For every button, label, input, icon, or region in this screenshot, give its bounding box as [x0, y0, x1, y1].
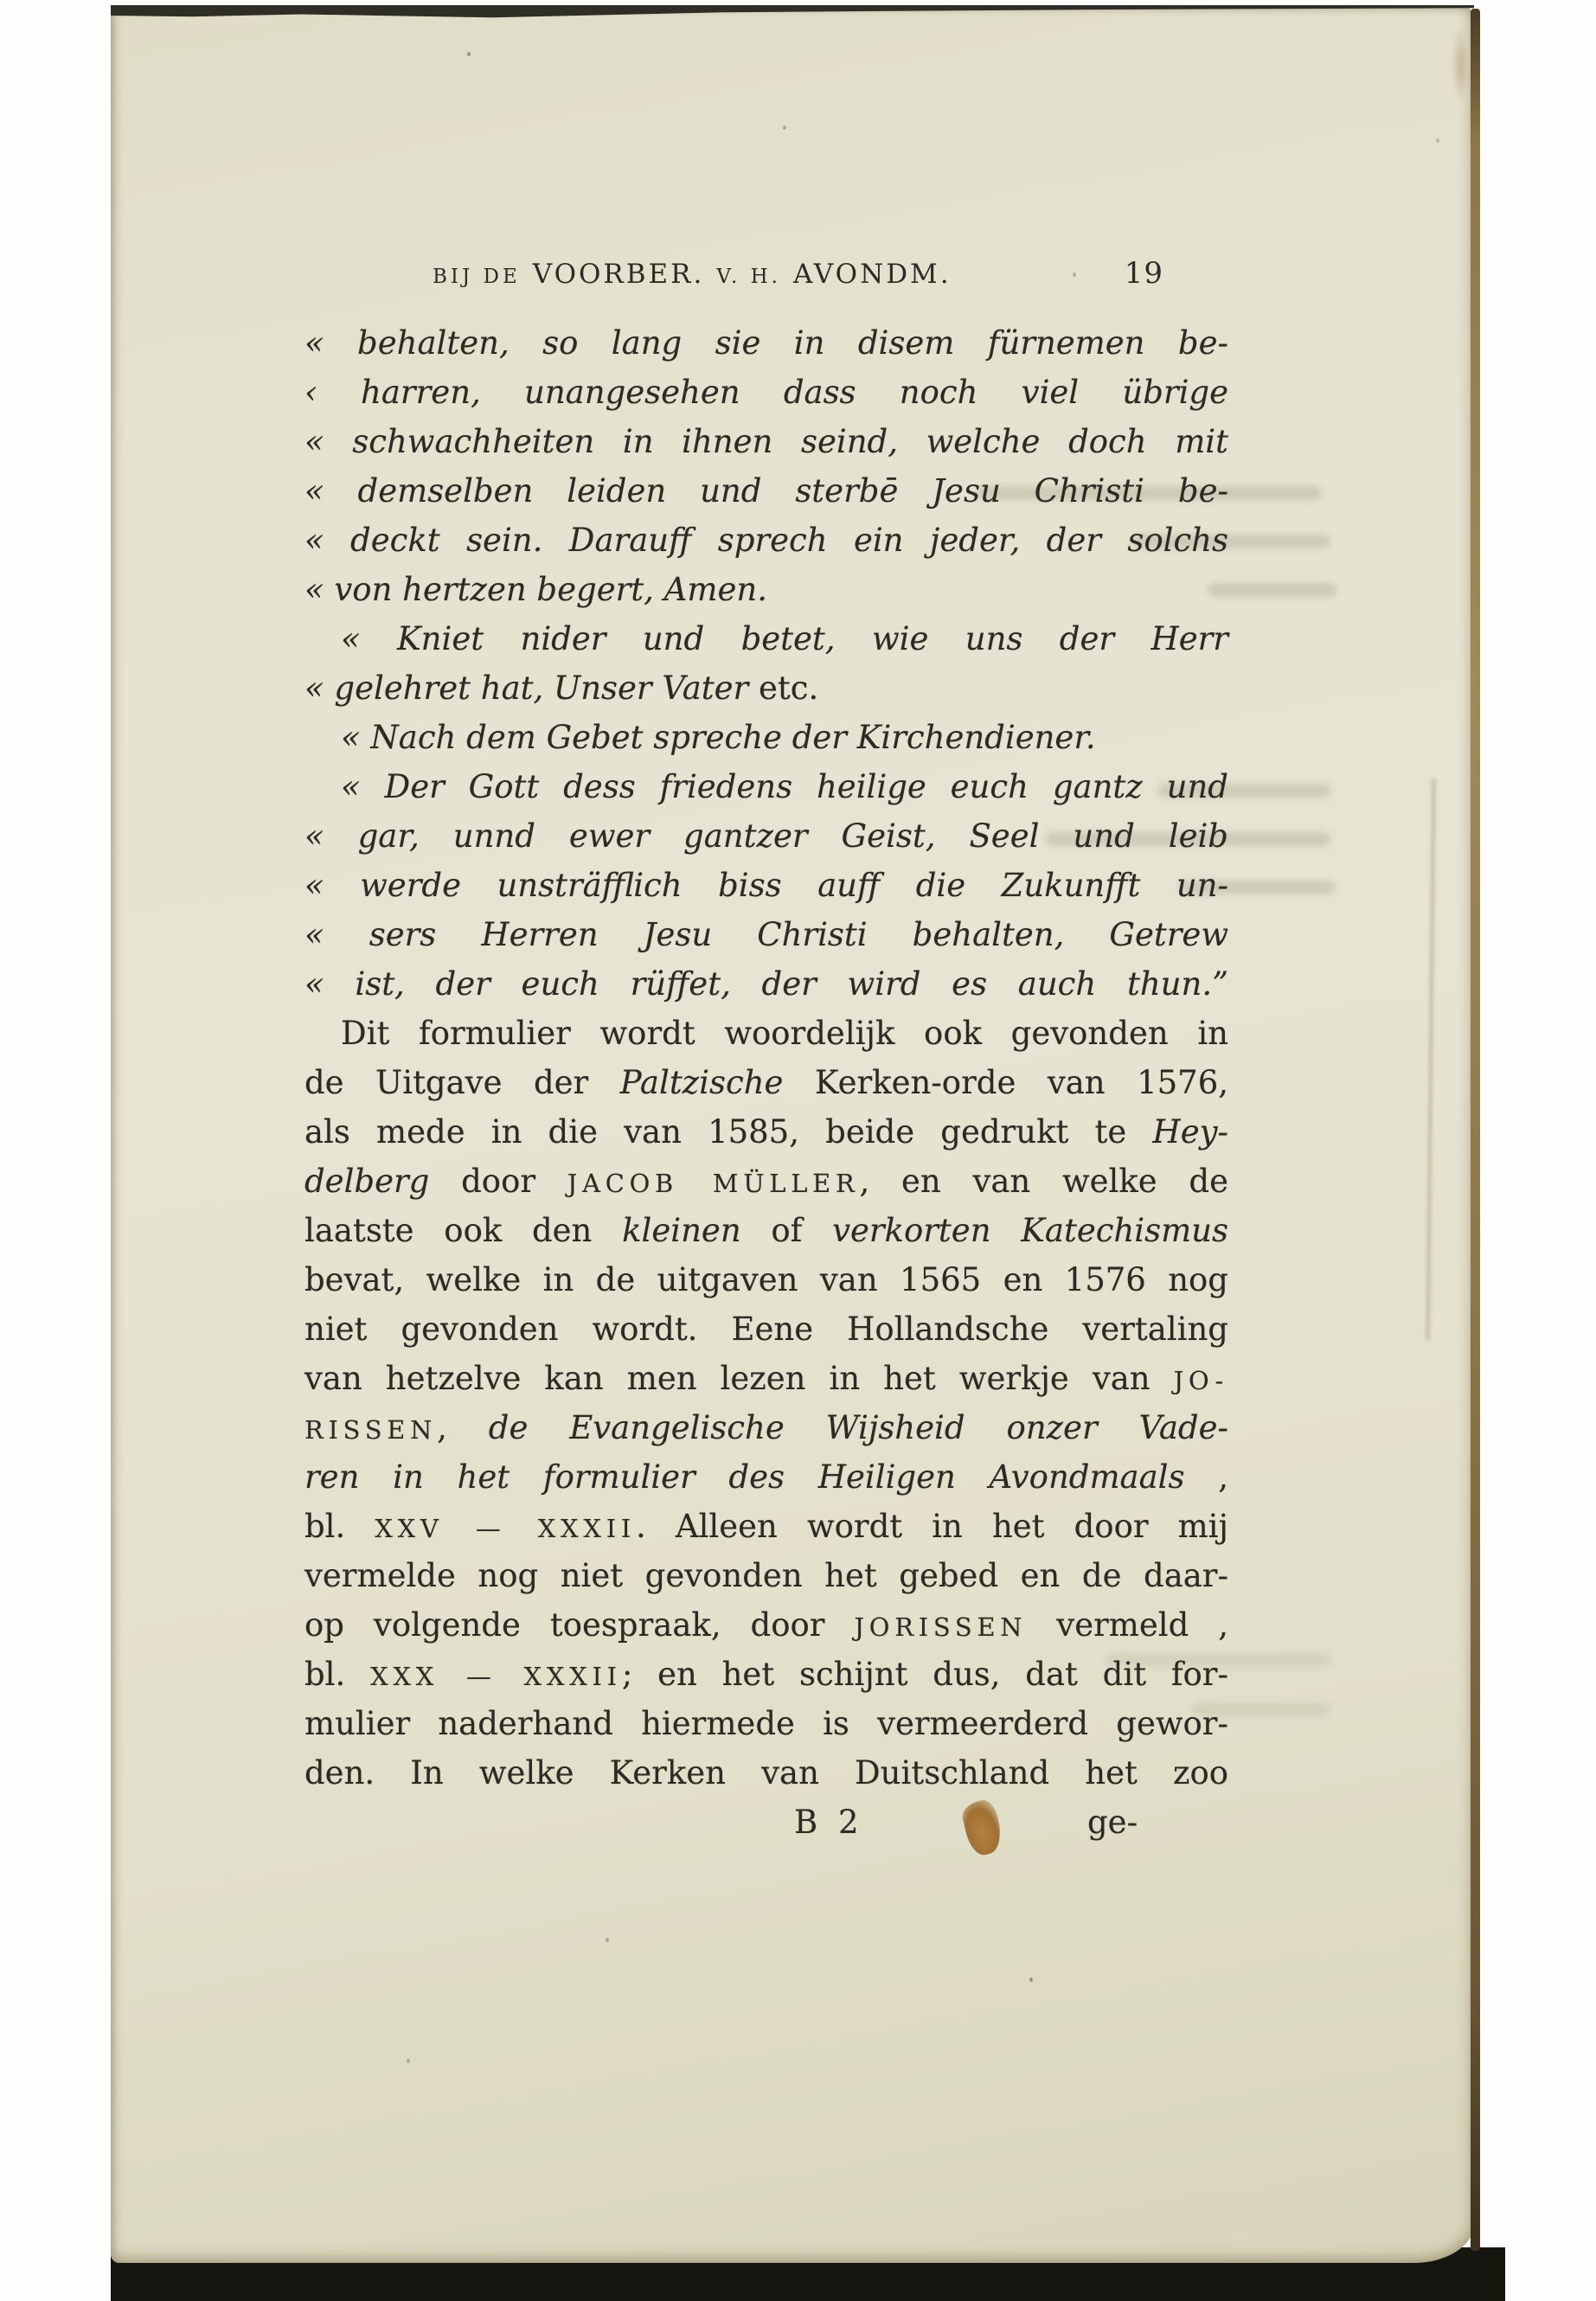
text-segment: « von hertzen begert, Amen. — [304, 571, 767, 608]
text-segment: « werde unsträfflich biss auff die Zukun… — [304, 867, 1228, 904]
text-line: Dit formulier wordt woordelijk ook gevon… — [304, 1009, 1228, 1058]
text-segment: door — [461, 1163, 567, 1200]
text-line: delberg door JACOB MÜLLER, en van welke … — [304, 1157, 1228, 1206]
text-line: ‹ harren, unangesehen dass noch viel übr… — [304, 368, 1228, 417]
text-segment: of — [771, 1212, 832, 1249]
page-number: 19 — [1125, 256, 1163, 291]
text-segment: verkorten Katechismus — [832, 1212, 1228, 1249]
text-segment: « schwachheiten in ihnen seind, welche d… — [304, 423, 1228, 460]
text-segment: niet gevonden wordt. Eene Hollandsche ve… — [304, 1311, 1228, 1348]
text-line: den. In welke Kerken van Duitschland het… — [304, 1748, 1228, 1798]
text-segment: de Uitgave der — [304, 1064, 620, 1101]
text-line: bl. XXV — XXXII. Alleen wordt in het doo… — [304, 1502, 1228, 1551]
text-line: « Der Gott dess friedens heilige euch ga… — [304, 762, 1228, 811]
text-segment: « Kniet nider und betet, wie uns der Her… — [341, 620, 1228, 657]
text-segment: laatste ook den — [304, 1212, 622, 1249]
text-segment: RISSEN — [304, 1415, 437, 1445]
text-line: « gar, unnd ewer gantzer Geist, Seel und… — [304, 811, 1228, 861]
text-segment: XXV — XXXII — [375, 1514, 636, 1543]
text-segment: ; en het schijnt dus, dat dit for- — [622, 1656, 1228, 1693]
text-line: mulier naderhand hiermede is vermeerderd… — [304, 1699, 1228, 1748]
scanned-page-photo: BIJ DE VOORBER. V. H. AVONDM. 19 « behal… — [0, 0, 1596, 2301]
text-segment: « Nach dem Gebet spreche der Kirchendien… — [341, 719, 1096, 756]
text-line: « von hertzen begert, Amen. — [304, 565, 1228, 614]
text-line: van hetzelve kan men lezen in het werkje… — [304, 1354, 1228, 1403]
text-segment: JO- — [1174, 1366, 1228, 1395]
text-line: « behalten, so lang sie in disem fürneme… — [304, 318, 1228, 368]
text-line: op volgende toespraak, door JORISSEN ver… — [304, 1600, 1228, 1650]
text-block: « behalten, so lang sie in disem fürneme… — [304, 318, 1228, 1798]
text-segment: , — [437, 1409, 489, 1446]
text-segment: JACOB MÜLLER — [567, 1169, 860, 1198]
corner-smudge — [1452, 26, 1469, 104]
text-segment: de Evangelische Wijsheid onzer Vade- — [489, 1409, 1228, 1446]
text-segment: , — [1184, 1458, 1228, 1496]
text-segment: op volgende toespraak, door — [304, 1606, 854, 1644]
text-line: bl. XXX — XXXII; en het schijnt dus, dat… — [304, 1650, 1228, 1699]
text-segment: « ist, der euch rüffet, der wird es auch… — [304, 965, 1228, 1003]
text-segment: . Alleen wordt in het door mij — [636, 1508, 1228, 1545]
text-segment: den. In welke Kerken van Duitschland het… — [304, 1754, 1228, 1791]
text-line: RISSEN, de Evangelische Wijsheid onzer V… — [304, 1403, 1228, 1452]
text-line: « sers Herren Jesu Christi behalten, Get… — [304, 910, 1228, 959]
text-segment: JORISSEN — [854, 1612, 1027, 1642]
text-segment: bevat, welke in de uitgaven van 1565 en … — [304, 1261, 1228, 1298]
text-segment: mulier naderhand hiermede is vermeerderd… — [304, 1705, 1228, 1742]
text-segment: Hey- — [1152, 1113, 1228, 1150]
text-segment: etc. — [759, 670, 818, 707]
text-segment: Dit formulier wordt woordelijk ook gevon… — [341, 1015, 1228, 1052]
running-title-part: BIJ DE — [433, 266, 521, 288]
catchword: ge- — [1087, 1798, 1138, 1847]
page-fore-edge — [1471, 9, 1480, 2251]
running-header: BIJ DE VOORBER. V. H. AVONDM. 19 — [433, 256, 1163, 294]
text-line: laatste ook den kleinen of verkorten Kat… — [304, 1206, 1228, 1255]
text-segment: « Der Gott dess friedens heilige euch ga… — [341, 768, 1228, 805]
text-line: ren in het formulier des Heiligen Avondm… — [304, 1452, 1228, 1502]
text-line: « demselben leiden und sterbē Jesu Chris… — [304, 466, 1228, 516]
text-segment: , en van welke de — [860, 1163, 1228, 1200]
running-title-part: V. H. — [716, 266, 781, 288]
text-line: « werde unsträfflich biss auff die Zukun… — [304, 861, 1228, 910]
text-line: vermelde nog niet gevonden het gebed en … — [304, 1551, 1228, 1600]
text-segment: bl. — [304, 1656, 370, 1693]
text-segment: Kerken-orde van 1576, — [815, 1064, 1228, 1101]
running-title-part: VOORBER. — [533, 259, 705, 290]
text-segment: bl. — [304, 1508, 375, 1545]
text-line: « schwachheiten in ihnen seind, welche d… — [304, 417, 1228, 466]
running-title-part: AVONDM. — [793, 259, 952, 290]
text-segment: XXX — XXXII — [370, 1662, 622, 1691]
text-line: « gelehret hat, Unser Vater etc. — [304, 663, 1228, 713]
text-line: « Nach dem Gebet spreche der Kirchendien… — [304, 713, 1228, 762]
paper-specks — [467, 52, 471, 56]
text-segment: Paltzische — [620, 1064, 815, 1101]
text-segment: « demselben leiden und sterbē Jesu Chris… — [304, 472, 1228, 510]
text-line: « Kniet nider und betet, wie uns der Her… — [304, 614, 1228, 663]
text-segment: ren in het formulier des Heiligen Avondm… — [304, 1458, 1184, 1496]
text-segment: kleinen — [622, 1212, 771, 1249]
text-line: bevat, welke in de uitgaven van 1565 en … — [304, 1255, 1228, 1304]
text-segment: delberg — [304, 1163, 461, 1200]
text-segment: « deckt sein. Darauff sprech ein jeder, … — [304, 522, 1228, 559]
text-segment: van hetzelve kan men lezen in het werkje… — [304, 1360, 1174, 1397]
text-line: « deckt sein. Darauff sprech ein jeder, … — [304, 516, 1228, 565]
text-line: de Uitgave der Paltzische Kerken-orde va… — [304, 1058, 1228, 1107]
text-segment: ‹ harren, unangesehen dass noch viel übr… — [304, 374, 1228, 411]
text-segment: « gar, unnd ewer gantzer Geist, Seel und… — [304, 817, 1228, 855]
signature-mark: B 2 — [794, 1798, 864, 1847]
text-line: als mede in die van 1585, beide gedrukt … — [304, 1107, 1228, 1157]
text-line: « ist, der euch rüffet, der wird es auch… — [304, 959, 1228, 1009]
text-segment: « gelehret hat, Unser Vater — [304, 670, 759, 707]
text-segment: als mede in die van 1585, beide gedrukt … — [304, 1113, 1152, 1150]
text-segment: vermelde nog niet gevonden het gebed en … — [304, 1557, 1228, 1594]
text-line: niet gevonden wordt. Eene Hollandsche ve… — [304, 1304, 1228, 1354]
text-segment: « sers Herren Jesu Christi behalten, Get… — [304, 916, 1228, 953]
text-segment: vermeld , — [1027, 1606, 1228, 1644]
signature-row: B 2 ge- — [304, 1798, 1228, 1847]
text-segment: « behalten, so lang sie in disem fürneme… — [304, 324, 1228, 362]
